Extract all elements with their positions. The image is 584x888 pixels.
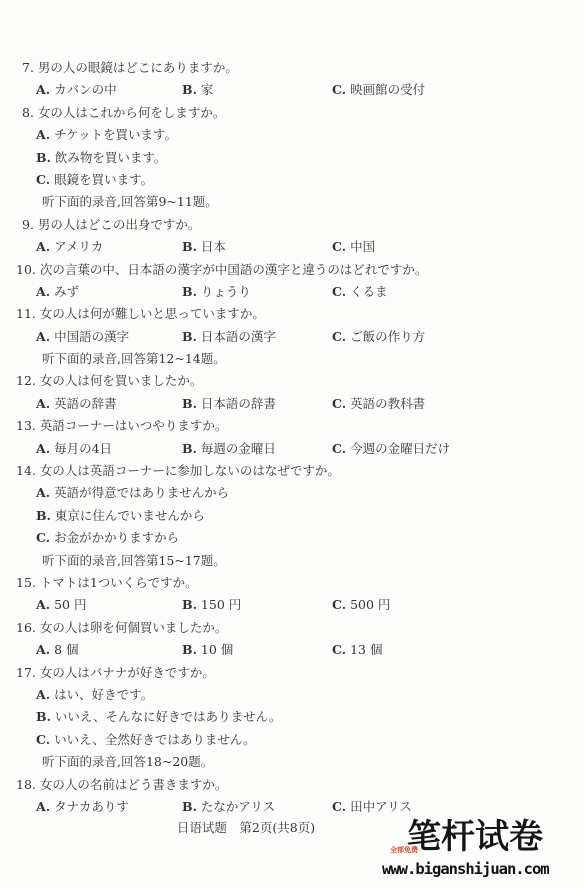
option-a: A.8 個 [36, 639, 79, 661]
question-text: 8. 女の人はこれから何をしますか。 [0, 102, 584, 124]
option-text: 今週の金曜日だけ [350, 441, 450, 456]
option-content: B.いいえ、そんなに好きではありません。 [36, 709, 281, 724]
option-text: 家 [201, 82, 214, 97]
option-text: 50 円 [54, 597, 86, 612]
option-b: B.日本語の辞書 [182, 393, 276, 415]
option-label: B. [182, 284, 197, 299]
question-text: 16. 女の人は卵を何個買いましたか。 [0, 617, 584, 639]
option-b: B.たなかアリス [182, 796, 275, 818]
question-text: 7. 男の人の眼鏡はどこにありますか。 [0, 57, 584, 79]
option-content: C.いいえ、全然好きではありません。 [36, 732, 256, 747]
option-text: 毎週の金曜日 [201, 441, 276, 456]
option-label: C. [332, 642, 346, 657]
option-label: B. [182, 82, 197, 97]
option-a: A.50 円 [36, 594, 86, 616]
option-a: A.中国語の漢字 [36, 326, 129, 348]
watermark-tagline: 全部免费 [390, 847, 418, 854]
option-label: B. [36, 150, 51, 165]
option-text: 10 個 [201, 642, 233, 657]
watermark-url: www.biganshijuan.com [382, 859, 549, 879]
option-a: A.英語の辞書 [36, 393, 117, 415]
option-label: A. [36, 82, 50, 97]
option-text: ご飯の作り方 [350, 329, 425, 344]
option-text: 中国 [350, 239, 375, 254]
option-text: 8 個 [54, 642, 78, 657]
option-a: A.チケットを買います。 [0, 124, 584, 146]
question-text: 12. 女の人は何を買いましたか。 [0, 370, 584, 392]
instruction-line: 听下面的录音,回答18~20题。 [0, 751, 584, 773]
question-text: 14. 女の人は英語コーナーに参加しないのはなぜですか。 [0, 460, 584, 482]
options-row: A.50 円B.150 円C.500 円 [0, 594, 584, 616]
option-content: C.お金がかかりますから [36, 530, 179, 545]
option-b: B.飲み物を買います。 [0, 147, 584, 169]
option-text: たなかアリス [201, 799, 275, 814]
option-a: A.アメリカ [36, 236, 103, 258]
option-b: B.りょうり [182, 281, 251, 303]
option-label: A. [36, 329, 50, 344]
option-text: いいえ、全然好きではありません。 [54, 732, 256, 747]
option-label: B. [182, 396, 197, 411]
option-text: 映画館の受付 [350, 82, 425, 97]
option-label: B. [182, 597, 197, 612]
option-label: A. [36, 642, 50, 657]
option-label: A. [36, 799, 50, 814]
option-a: A.英語が得意ではありませんから [0, 482, 584, 504]
option-b: B.毎週の金曜日 [182, 438, 276, 460]
option-a: A.タナカありす [36, 796, 129, 818]
options-row: A.アメリカB.日本C.中国 [0, 236, 584, 258]
option-a: A.カバンの中 [36, 79, 117, 101]
question-text: 9. 男の人はどこの出身ですか。 [0, 214, 584, 236]
option-label: A. [36, 127, 50, 142]
options-row: A.中国語の漢字B.日本語の漢字C.ご飯の作り方 [0, 326, 584, 348]
option-text: 英語の教科書 [350, 396, 425, 411]
option-text: タナカありす [54, 799, 129, 814]
option-text: みず [54, 284, 79, 299]
option-label: B. [182, 329, 197, 344]
option-label: A. [36, 597, 50, 612]
option-label: C. [332, 329, 346, 344]
option-label: B. [36, 709, 51, 724]
option-a: A.はい、好きです。 [0, 684, 584, 706]
option-label: C. [36, 530, 50, 545]
option-c: C.田中アリス [332, 796, 412, 818]
option-a: A.みず [36, 281, 79, 303]
option-text: 飲み物を買います。 [55, 150, 167, 165]
option-content: B.東京に住んでいませんから [36, 508, 205, 523]
option-text: 日本語の辞書 [201, 396, 276, 411]
option-b: B.日本 [182, 236, 226, 258]
option-text: 500 円 [350, 597, 390, 612]
option-c: C.お金がかかりますから [0, 527, 584, 549]
option-c: C.今週の金曜日だけ [332, 438, 450, 460]
option-text: 眼鏡を買います。 [54, 172, 153, 187]
option-label: B. [182, 441, 197, 456]
options-row: A.8 個B.10 個C.13 個 [0, 639, 584, 661]
option-text: 13 個 [350, 642, 382, 657]
option-text: 英語の辞書 [54, 396, 117, 411]
option-label: C. [36, 732, 50, 747]
question-text: 18. 女の人の名前はどう書きますか。 [0, 774, 584, 796]
option-label: A. [36, 687, 50, 702]
options-row: A.タナカありすB.たなかアリスC.田中アリス [0, 796, 584, 818]
option-label: C. [332, 799, 346, 814]
options-row: A.みずB.りょうりC.くるま [0, 281, 584, 303]
option-content: B.飲み物を買います。 [36, 150, 166, 165]
option-text: 田中アリス [350, 799, 412, 814]
instruction-line: 听下面的录音,回答第15~17题。 [0, 550, 584, 572]
option-text: 東京に住んでいませんから [55, 508, 205, 523]
watermark-brand-logo: 笔杆试卷 [407, 820, 543, 854]
option-label: B. [182, 799, 197, 814]
option-b: B.家 [182, 79, 213, 101]
exam-body: 7. 男の人の眼鏡はどこにありますか。A.カバンの中B.家C.映画館の受付8. … [0, 57, 584, 818]
option-b: B.日本語の漢字 [182, 326, 276, 348]
option-label: C. [332, 82, 346, 97]
option-label: B. [182, 239, 197, 254]
option-text: カバンの中 [54, 82, 117, 97]
question-text: 10. 次の言葉の中、日本語の漢字が中国語の漢字と違うのはどれですか。 [0, 259, 584, 281]
option-b: B.東京に住んでいませんから [0, 505, 584, 527]
option-text: いいえ、そんなに好きではありません。 [55, 709, 282, 724]
instruction-line: 听下面的录音,回答第12~14题。 [0, 348, 584, 370]
option-label: C. [332, 597, 346, 612]
option-b: B.いいえ、そんなに好きではありません。 [0, 706, 584, 728]
option-label: A. [36, 396, 50, 411]
option-content: A.はい、好きです。 [36, 687, 153, 702]
option-label: A. [36, 284, 50, 299]
question-text: 13. 英語コーナーはいつやりますか。 [0, 415, 584, 437]
option-c: C.映画館の受付 [332, 79, 425, 101]
option-c: C.中国 [332, 236, 375, 258]
option-text: 毎月の4日 [54, 441, 112, 456]
option-label: B. [36, 508, 51, 523]
option-text: 英語が得意ではありませんから [54, 485, 229, 500]
options-row: A.英語の辞書B.日本語の辞書C.英語の教科書 [0, 393, 584, 415]
option-c: C.英語の教科書 [332, 393, 425, 415]
option-c: C.13 個 [332, 639, 382, 661]
option-b: B.150 円 [182, 594, 241, 616]
option-b: B.10 個 [182, 639, 233, 661]
options-row: A.毎月の4日B.毎週の金曜日C.今週の金曜日だけ [0, 438, 584, 460]
option-text: 中国語の漢字 [54, 329, 129, 344]
option-c: C.ご飯の作り方 [332, 326, 425, 348]
option-text: はい、好きです。 [54, 687, 153, 702]
option-content: C.眼鏡を買います。 [36, 172, 153, 187]
option-label: A. [36, 485, 50, 500]
option-c: C.くるま [332, 281, 388, 303]
option-text: くるま [350, 284, 388, 299]
option-text: お金がかかりますから [54, 530, 179, 545]
option-label: C. [332, 239, 346, 254]
option-label: A. [36, 239, 50, 254]
option-a: A.毎月の4日 [36, 438, 112, 460]
option-text: アメリカ [54, 239, 103, 254]
option-label: B. [182, 642, 197, 657]
option-label: C. [36, 172, 50, 187]
question-text: 11. 女の人は何が難しいと思っていますか。 [0, 303, 584, 325]
option-text: 150 円 [201, 597, 241, 612]
option-label: C. [332, 441, 346, 456]
question-text: 15. トマトは1ついくらですか。 [0, 572, 584, 594]
question-text: 17. 女の人はバナナが好きですか。 [0, 662, 584, 684]
option-content: A.英語が得意ではありませんから [36, 485, 229, 500]
option-c: C.いいえ、全然好きではありません。 [0, 729, 584, 751]
option-label: C. [332, 396, 346, 411]
option-text: チケットを買います。 [54, 127, 177, 142]
option-c: C.500 円 [332, 594, 390, 616]
instruction-line: 听下面的录音,回答第9~11题。 [0, 191, 584, 213]
option-label: C. [332, 284, 346, 299]
option-text: りょうり [201, 284, 251, 299]
option-c: C.眼鏡を買います。 [0, 169, 584, 191]
option-text: 日本語の漢字 [201, 329, 276, 344]
option-content: A.チケットを買います。 [36, 127, 177, 142]
options-row: A.カバンの中B.家C.映画館の受付 [0, 79, 584, 101]
option-text: 日本 [201, 239, 226, 254]
option-label: A. [36, 441, 50, 456]
